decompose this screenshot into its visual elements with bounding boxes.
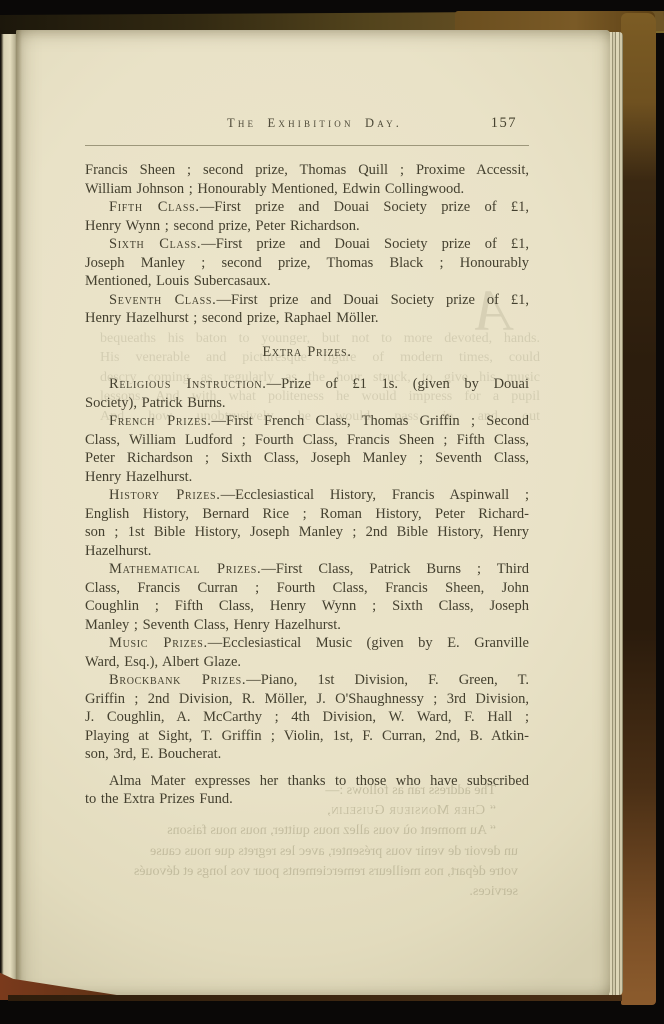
text-line: to the Extra Prizes Fund. bbox=[85, 790, 529, 809]
book-bottom-edge bbox=[8, 995, 622, 1001]
text-segment: Playing at Sight, T. Griffin ; Violin, 1… bbox=[85, 728, 529, 744]
running-header-title: The Exhibition Day. bbox=[227, 116, 402, 131]
text-line: Brockbank Prizes.—Piano, 1st Division, F… bbox=[85, 671, 529, 690]
text-line: Joseph Manley ; second prize, Thomas Bla… bbox=[85, 254, 529, 273]
text-segment: —First prize and Douai Society prize of … bbox=[201, 236, 529, 252]
book-cover-right-board bbox=[621, 13, 656, 1005]
paragraph: Religious Instruction.—Prize of £1 1s. (… bbox=[85, 375, 529, 412]
text-segment: Coughlin ; Fifth Class, Henry Wynn ; Six… bbox=[85, 598, 529, 614]
text-line: Religious Instruction.—Prize of £1 1s. (… bbox=[85, 375, 529, 394]
smallcaps-leadin: Music Prizes. bbox=[109, 635, 208, 651]
text-line: Manley ; Seventh Class, Henry Hazelhurst… bbox=[85, 616, 529, 635]
showthrough-line: un devoir de venir vous présenter, avec … bbox=[62, 842, 518, 862]
text-line: Francis Sheen ; second prize, Thomas Qui… bbox=[85, 161, 529, 180]
smallcaps-leadin: French Prizes. bbox=[109, 413, 212, 429]
text-segment: —Prize of £1 1s. (given by Douai bbox=[267, 376, 529, 392]
text-line: Fifth Class.—First prize and Douai Socie… bbox=[85, 198, 529, 217]
text-line: Music Prizes.—Ecclesiastical Music (give… bbox=[85, 634, 529, 653]
text-segment: Francis Sheen ; second prize, Thomas Qui… bbox=[85, 162, 529, 178]
page-stack-left-edge bbox=[0, 34, 17, 994]
smallcaps-leadin: History Prizes. bbox=[109, 487, 221, 503]
text-segment: Manley ; Seventh Class, Henry Hazelhurst… bbox=[85, 617, 341, 633]
text-line: Extra Prizes. bbox=[85, 343, 529, 362]
paragraph: Francis Sheen ; second prize, Thomas Qui… bbox=[85, 161, 529, 198]
paragraph: Fifth Class.—First prize and Douai Socie… bbox=[85, 198, 529, 235]
text-line: History Prizes.—Ecclesiastical History, … bbox=[85, 486, 529, 505]
text-line: Peter Richardson ; Sixth Class, Joseph M… bbox=[85, 449, 529, 468]
smallcaps-leadin: Fifth Class. bbox=[109, 199, 200, 215]
paragraph: Seventh Class.—First prize and Douai Soc… bbox=[85, 291, 529, 328]
text-segment: son, 3rd, E. Boucherat. bbox=[85, 746, 221, 762]
text-segment: son ; 1st Bible History, Joseph Manley ;… bbox=[85, 524, 529, 540]
text-line: Seventh Class.—First prize and Douai Soc… bbox=[85, 291, 529, 310]
header-rule bbox=[85, 145, 529, 146]
text-segment: J. Coughlin, A. McCarthy ; 4th Division,… bbox=[85, 709, 529, 725]
text-line: son ; 1st Bible History, Joseph Manley ;… bbox=[85, 523, 529, 542]
book-page: A bequeaths his baton to younger, but no… bbox=[16, 30, 610, 998]
text-segment: Society), Patrick Burns. bbox=[85, 395, 226, 411]
smallcaps-leadin: Seventh Class. bbox=[109, 292, 217, 308]
text-segment: —First prize and Douai Society prize of … bbox=[200, 199, 529, 215]
paragraph: Sixth Class.—First prize and Douai Socie… bbox=[85, 235, 529, 291]
text-segment: Henry Hazelhurst. bbox=[85, 469, 192, 485]
text-line: English History, Bernard Rice ; Roman Hi… bbox=[85, 505, 529, 524]
text-segment: Class, Francis Curran ; Fourth Class, Fr… bbox=[85, 580, 529, 596]
text-segment: Joseph Manley ; second prize, Thomas Bla… bbox=[85, 255, 529, 271]
text-line: Henry Hazelhurst. bbox=[85, 468, 529, 487]
book-scan: A bequeaths his baton to younger, but no… bbox=[0, 0, 664, 1024]
text-segment: Peter Richardson ; Sixth Class, Joseph M… bbox=[85, 450, 529, 466]
text-segment: —First French Class, Thomas Griffin ; Se… bbox=[212, 413, 529, 429]
page-number: 157 bbox=[491, 115, 517, 132]
text-line: Griffin ; 2nd Division, R. Möller, J. O'… bbox=[85, 690, 529, 709]
paragraph: Alma Mater expresses her thanks to those… bbox=[85, 772, 529, 809]
text-line: son, 3rd, E. Boucherat. bbox=[85, 745, 529, 764]
text-segment: —Ecclesiastical Music (given by E. Granv… bbox=[208, 635, 529, 651]
paragraph: French Prizes.—First French Class, Thoma… bbox=[85, 412, 529, 486]
paragraph: Mathematical Prizes.—First Class, Patric… bbox=[85, 560, 529, 634]
text-line: French Prizes.—First French Class, Thoma… bbox=[85, 412, 529, 431]
text-segment: —First prize and Douai Society prize of … bbox=[217, 292, 529, 308]
text-line: Hazelhurst. bbox=[85, 542, 529, 561]
text-segment: Griffin ; 2nd Division, R. Möller, J. O'… bbox=[85, 691, 529, 707]
smallcaps-leadin: Extra Prizes. bbox=[262, 344, 351, 360]
section-heading: Extra Prizes. bbox=[85, 343, 529, 362]
showthrough-line: “ Au moment où vous allez nous quitter, … bbox=[62, 821, 518, 841]
text-line: Henry Wynn ; second prize, Peter Richard… bbox=[85, 217, 529, 236]
running-header: The Exhibition Day. 157 bbox=[85, 116, 532, 136]
showthrough-line: services. bbox=[62, 882, 518, 902]
text-line: Henry Hazelhurst ; second prize, Raphael… bbox=[85, 309, 529, 328]
smallcaps-leadin: Brockbank Prizes. bbox=[109, 672, 246, 688]
smallcaps-leadin: Mathematical Prizes. bbox=[109, 561, 261, 577]
text-segment: Alma Mater expresses her thanks to those… bbox=[109, 773, 529, 789]
text-line: Class, Francis Curran ; Fourth Class, Fr… bbox=[85, 579, 529, 598]
text-segment: Henry Wynn ; second prize, Peter Richard… bbox=[85, 218, 360, 234]
paragraph: History Prizes.—Ecclesiastical History, … bbox=[85, 486, 529, 560]
text-line: Mentioned, Louis Subercasaux. bbox=[85, 272, 529, 291]
text-segment: —Ecclesiastical History, Francis Aspinwa… bbox=[221, 487, 529, 503]
text-segment: Class, William Ludford ; Fourth Class, F… bbox=[85, 432, 529, 448]
showthrough-line: votre départ, nos meilleurs remerciement… bbox=[62, 862, 518, 882]
text-segment: Mentioned, Louis Subercasaux. bbox=[85, 273, 271, 289]
text-segment: Hazelhurst. bbox=[85, 543, 151, 559]
text-line: Class, William Ludford ; Fourth Class, F… bbox=[85, 431, 529, 450]
text-line: Society), Patrick Burns. bbox=[85, 394, 529, 413]
page-body: Francis Sheen ; second prize, Thomas Qui… bbox=[85, 161, 529, 809]
text-segment: William Johnson ; Honourably Mentioned, … bbox=[85, 181, 464, 197]
text-line: Playing at Sight, T. Griffin ; Violin, 1… bbox=[85, 727, 529, 746]
text-line: J. Coughlin, A. McCarthy ; 4th Division,… bbox=[85, 708, 529, 727]
text-segment: —First Class, Patrick Burns ; Third bbox=[261, 561, 529, 577]
gutter-crease bbox=[16, 30, 22, 998]
text-segment: —Piano, 1st Division, F. Green, T. bbox=[246, 672, 529, 688]
paragraph: Brockbank Prizes.—Piano, 1st Division, F… bbox=[85, 671, 529, 764]
text-line: Sixth Class.—First prize and Douai Socie… bbox=[85, 235, 529, 254]
paragraph: Music Prizes.—Ecclesiastical Music (give… bbox=[85, 634, 529, 671]
text-segment: Ward, Esq.), Albert Glaze. bbox=[85, 654, 241, 670]
text-line: Ward, Esq.), Albert Glaze. bbox=[85, 653, 529, 672]
text-line: William Johnson ; Honourably Mentioned, … bbox=[85, 180, 529, 199]
text-segment: English History, Bernard Rice ; Roman Hi… bbox=[85, 506, 529, 522]
smallcaps-leadin: Sixth Class. bbox=[109, 236, 201, 252]
text-segment: to the Extra Prizes Fund. bbox=[85, 791, 233, 807]
text-line: Coughlin ; Fifth Class, Henry Wynn ; Six… bbox=[85, 597, 529, 616]
text-line: Mathematical Prizes.—First Class, Patric… bbox=[85, 560, 529, 579]
smallcaps-leadin: Religious Instruction. bbox=[109, 376, 267, 392]
text-line: Alma Mater expresses her thanks to those… bbox=[85, 772, 529, 791]
text-segment: Henry Hazelhurst ; second prize, Raphael… bbox=[85, 310, 379, 326]
